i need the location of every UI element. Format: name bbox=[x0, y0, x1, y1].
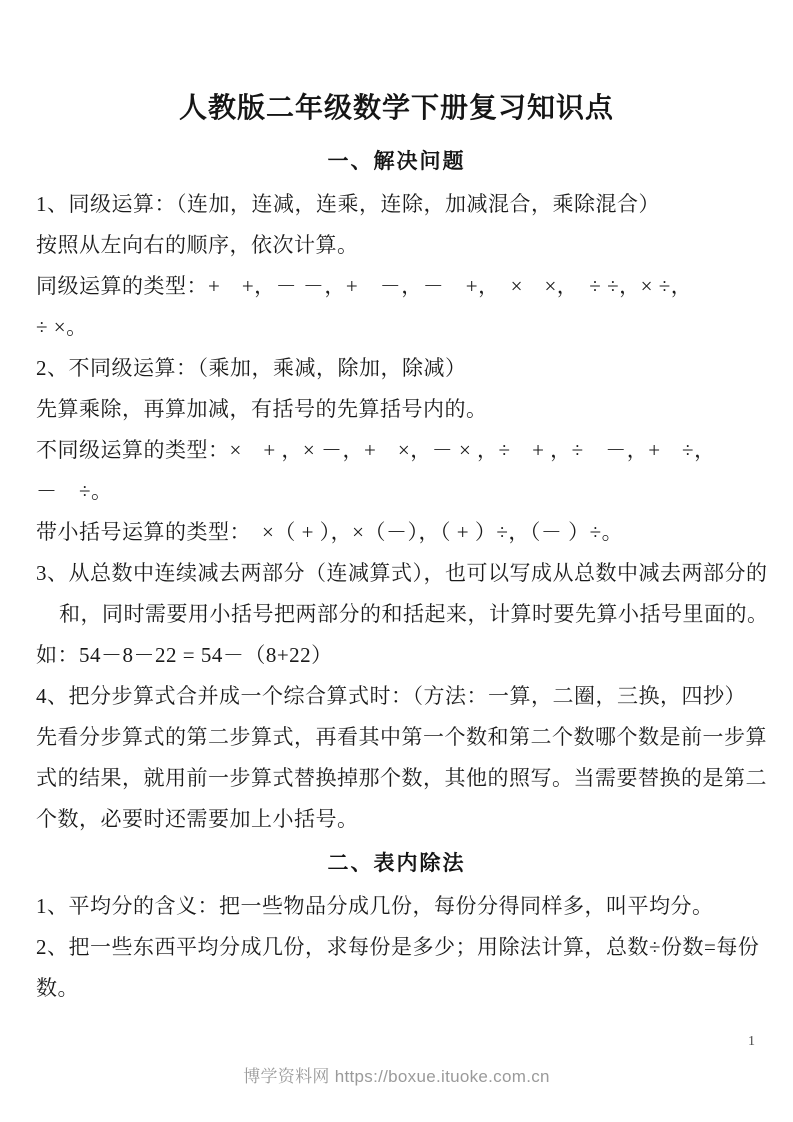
text-line: － ÷。 bbox=[36, 471, 757, 512]
text-line: 先算乘除，再算加减，有括号的先算括号内的。 bbox=[36, 389, 757, 430]
text-line: 1、平均分的含义：把一些物品分成几份，每份分得同样多，叫平均分。 bbox=[36, 886, 757, 927]
section-1-heading: 一、解决问题 bbox=[36, 144, 757, 178]
text-line: 先看分步算式的第二步算式，再看其中第一个数和第二个数哪个数是前一步算 bbox=[36, 717, 757, 758]
text-line: 3、从总数中连续减去两部分（连减算式），也可以写成从总数中减去两部分的 bbox=[36, 553, 757, 594]
text-line: 个数，必要时还需要加上小括号。 bbox=[36, 799, 757, 840]
text-line: 2、不同级运算：（乘加，乘减，除加，除减） bbox=[36, 348, 757, 389]
section-2-heading: 二、表内除法 bbox=[36, 846, 757, 880]
footer-watermark: 博学资料网 https://boxue.ituoke.com.cn bbox=[0, 1062, 793, 1087]
text-line: 带小括号运算的类型： ×（ + ），×（－），（ + ）÷，（－ ）÷。 bbox=[36, 512, 757, 553]
section-1-body: 1、同级运算：（连加，连减，连乘，连除，加减混合，乘除混合） 按照从左向右的顺序… bbox=[36, 184, 757, 840]
text-line: 1、同级运算：（连加，连减，连乘，连除，加减混合，乘除混合） bbox=[36, 184, 757, 225]
text-line: 2、把一些东西平均分成几份，求每份是多少；用除法计算，总数÷份数=每份 bbox=[36, 927, 757, 968]
text-line: 4、把分步算式合并成一个综合算式时：（方法：一算，二圈，三换，四抄） bbox=[36, 676, 757, 717]
text-line: 按照从左向右的顺序，依次计算。 bbox=[36, 225, 757, 266]
text-line: ÷ ×。 bbox=[36, 307, 757, 348]
document-title: 人教版二年级数学下册复习知识点 bbox=[36, 86, 757, 132]
text-line: 如：54－8－22 = 54－（8+22） bbox=[36, 635, 757, 676]
document-content: 人教版二年级数学下册复习知识点 一、解决问题 1、同级运算：（连加，连减，连乘，… bbox=[0, 86, 793, 1009]
document-page: 人教版二年级数学下册复习知识点 一、解决问题 1、同级运算：（连加，连减，连乘，… bbox=[0, 0, 793, 1122]
text-line: 和，同时需要用小括号把两部分的和括起来，计算时要先算小括号里面的。 bbox=[36, 594, 757, 635]
page-number: 1 bbox=[748, 1034, 755, 1050]
section-2-body: 1、平均分的含义：把一些物品分成几份，每份分得同样多，叫平均分。 2、把一些东西… bbox=[36, 886, 757, 1009]
text-line: 不同级运算的类型：× + ，× －，+ ×，－ × ，÷ + ，÷ －，+ ÷， bbox=[36, 430, 757, 471]
text-line: 式的结果，就用前一步算式替换掉那个数，其他的照写。当需要替换的是第二 bbox=[36, 758, 757, 799]
text-line: 同级运算的类型：+ +，－ －，+ －，－ +， × ×， ÷ ÷，× ÷， bbox=[36, 266, 757, 307]
text-line: 数。 bbox=[36, 968, 757, 1009]
